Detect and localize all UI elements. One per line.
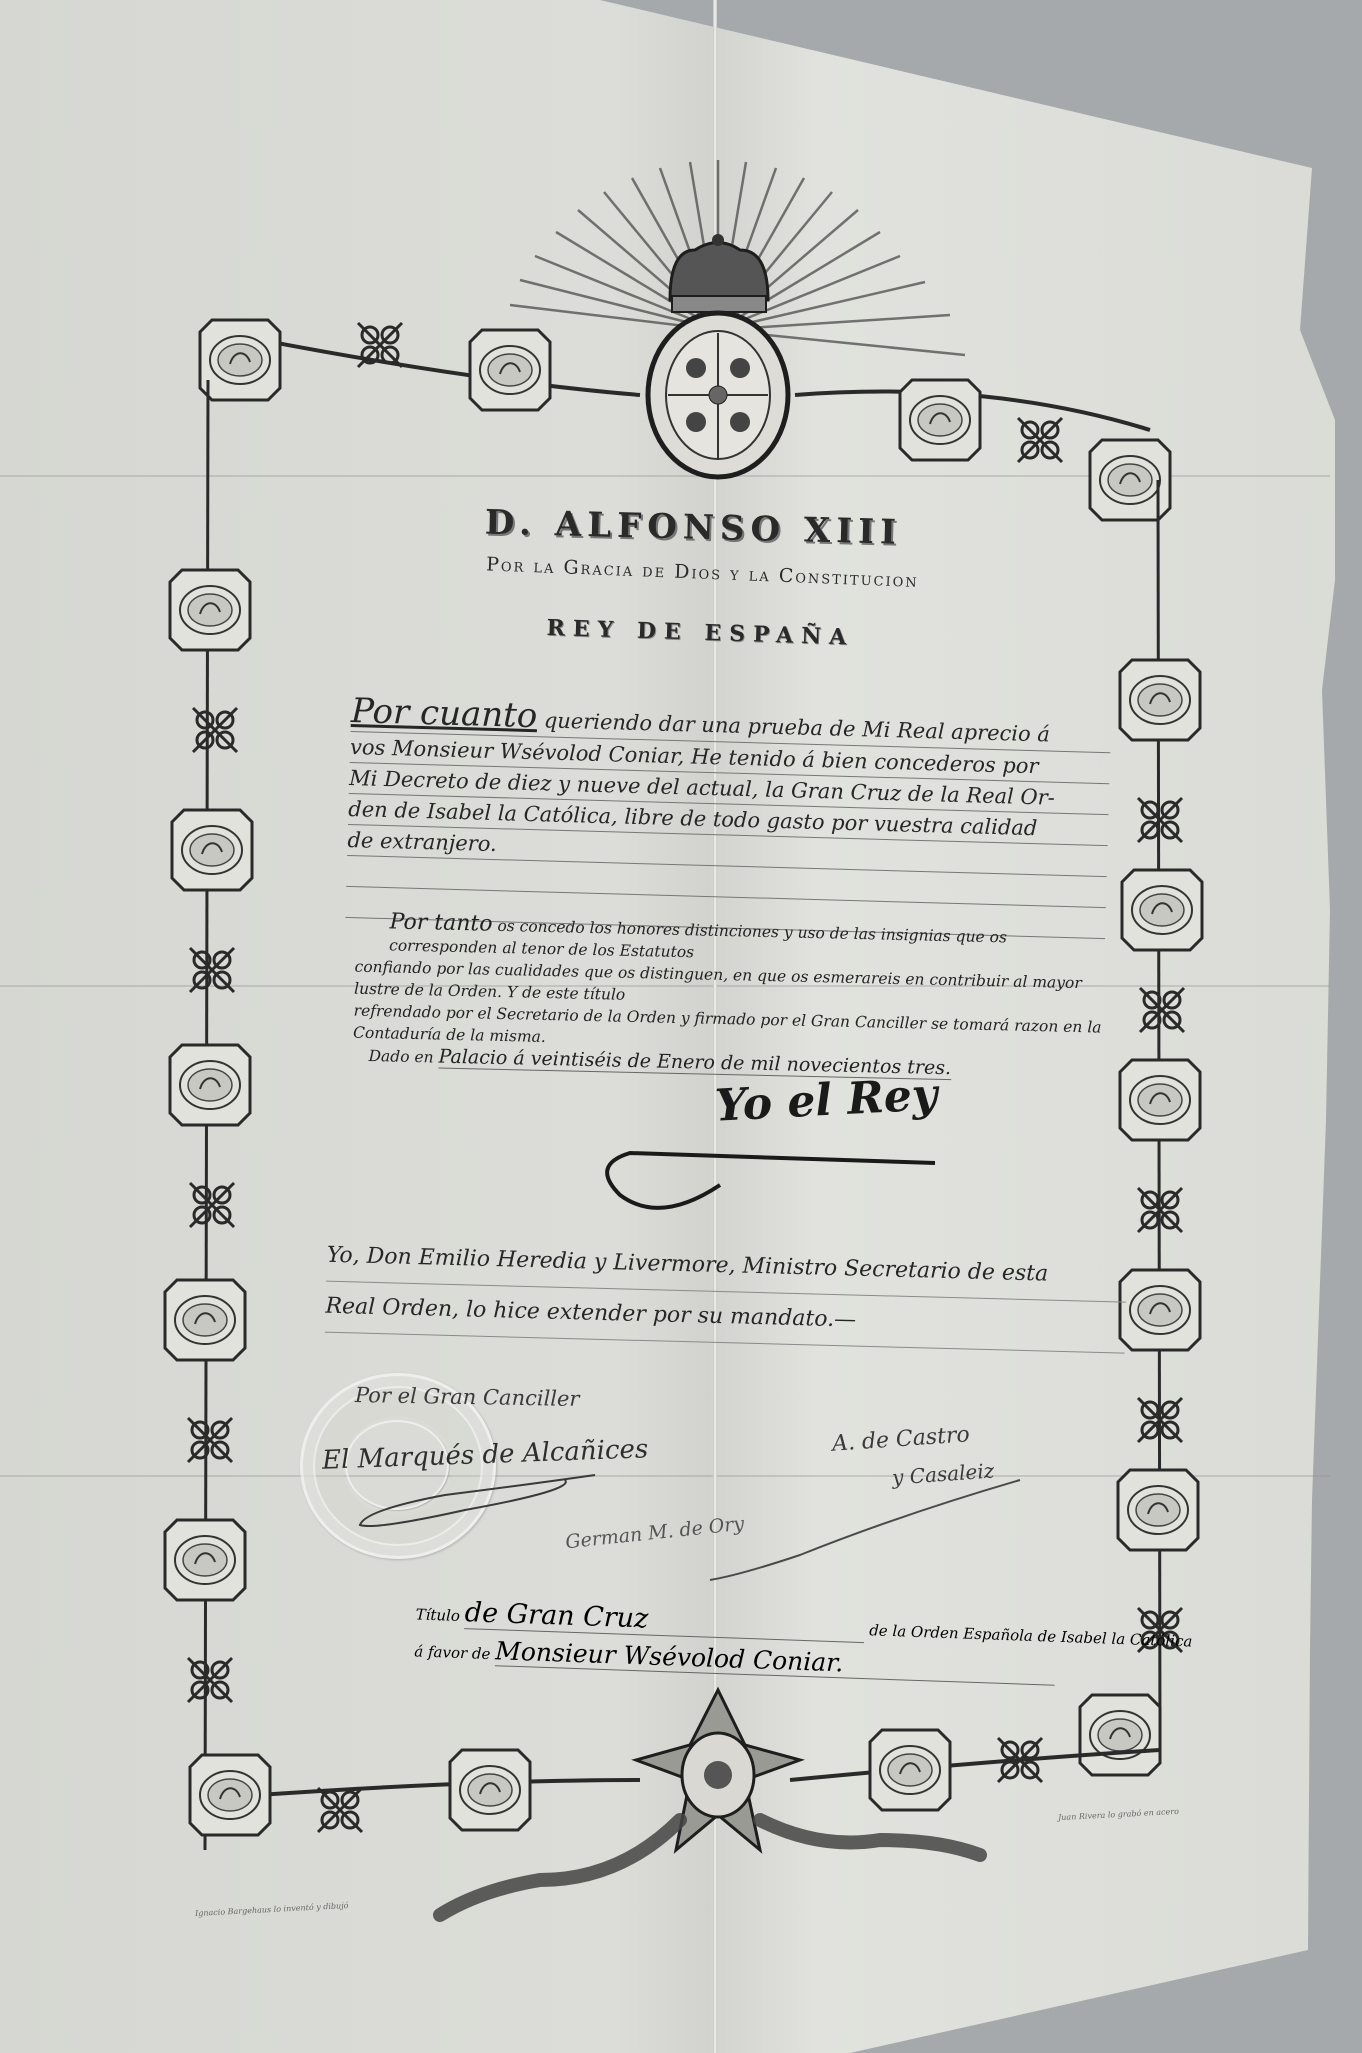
decree-lead: Por tanto xyxy=(389,909,492,936)
crown-icon xyxy=(670,234,768,312)
decree-paragraph: Por tanto os concedo los honores distinc… xyxy=(352,911,1115,1084)
medallion-icon xyxy=(1120,660,1200,740)
grant-lead: Por cuanto xyxy=(351,691,538,736)
medallion-icon xyxy=(200,320,280,400)
medallion-icon xyxy=(170,1045,250,1125)
medallion-icon xyxy=(870,1730,950,1810)
chancellor-label: Por el Gran Canciller xyxy=(355,1383,580,1411)
medallion-icon xyxy=(165,1280,245,1360)
dado-label: Dado en xyxy=(368,1047,433,1066)
titulo-label: Título xyxy=(415,1605,460,1625)
favor-label: á favor de xyxy=(414,1642,491,1663)
medallion-icon xyxy=(1080,1695,1160,1775)
medallion-icon xyxy=(1120,1270,1200,1350)
medallion-icon xyxy=(165,1520,245,1600)
grant-paragraph: Por cuanto queriendo dar una prueba de M… xyxy=(345,691,1111,939)
signature-flourish-icon xyxy=(600,1145,940,1225)
medallion-icon xyxy=(470,330,550,410)
medallion-icon xyxy=(900,380,980,460)
medallion-icon xyxy=(190,1755,270,1835)
minister-statement: Yo, Don Emilio Heredia y Livermore, Mini… xyxy=(325,1231,1127,1354)
medallion-icon xyxy=(1122,870,1202,950)
medallion-icon xyxy=(1118,1470,1198,1550)
medallion-icon xyxy=(172,810,252,890)
chancellor-flourish-icon xyxy=(345,1470,605,1540)
medallion-icon xyxy=(1120,1060,1200,1140)
medallion-icon xyxy=(450,1750,530,1830)
coat-of-arms-icon xyxy=(648,313,788,477)
